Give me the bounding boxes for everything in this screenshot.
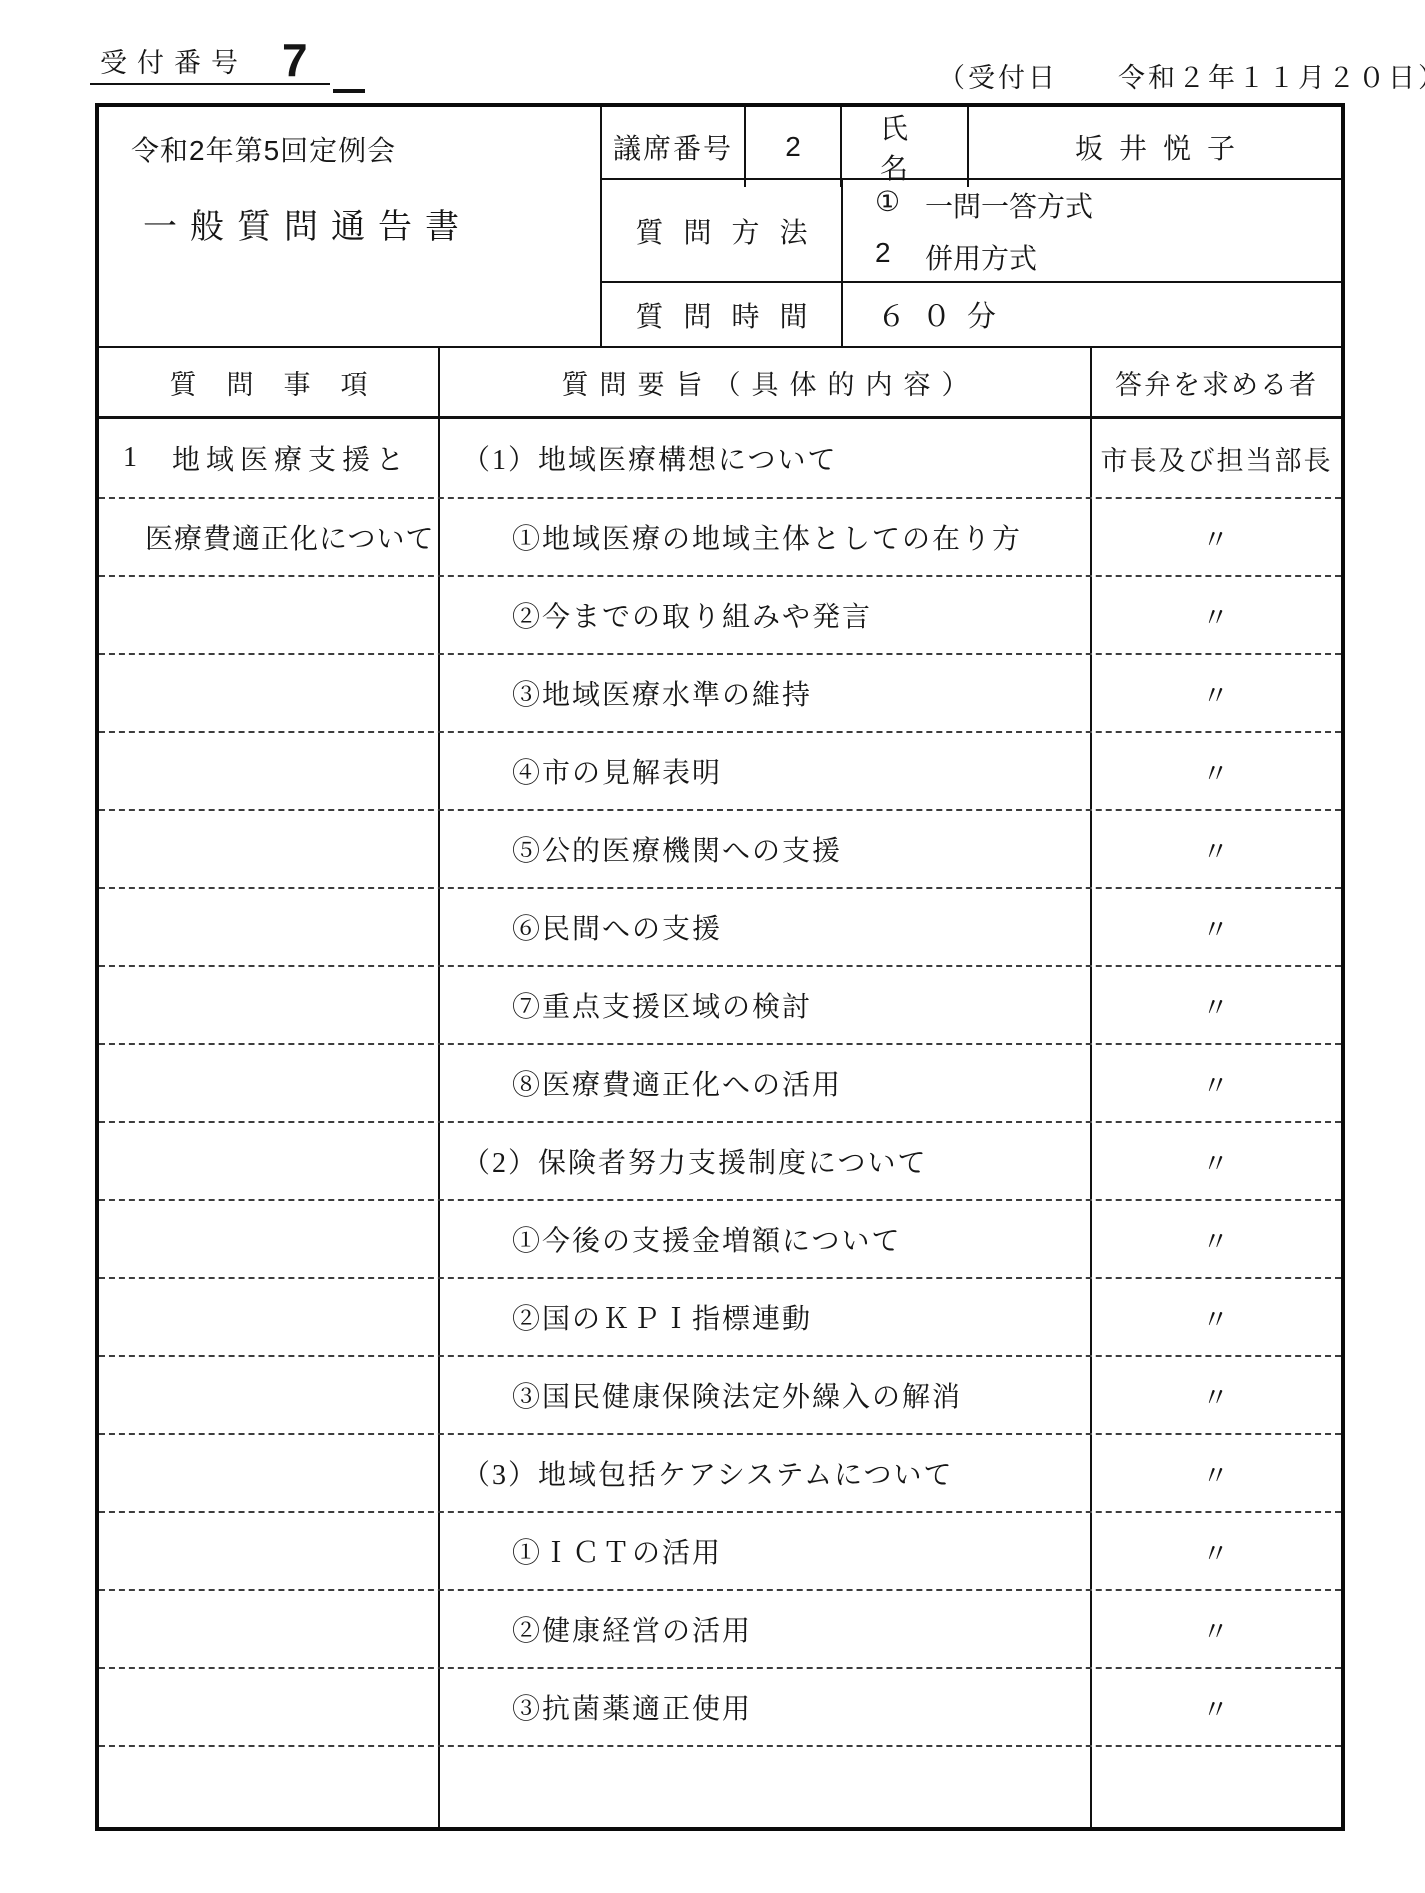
table-row: ③国民健康保険法定外繰入の解消〃: [99, 1355, 1341, 1433]
summary-cell: ③抗菌薬適正使用: [438, 1669, 1090, 1745]
item-cell: [99, 577, 438, 653]
seat-number-value: 2: [744, 107, 840, 187]
answerer-cell: 〃: [1090, 733, 1341, 809]
summary-cell: ①今後の支援金増額について: [438, 1201, 1090, 1277]
summary-cell: ③地域医療水準の維持: [438, 655, 1090, 731]
answerer-cell: 〃: [1090, 577, 1341, 653]
method-option-2: 2 併用方式: [875, 237, 1037, 277]
answerer-cell: 〃: [1090, 1591, 1341, 1667]
answerer-cell: 〃: [1090, 1435, 1341, 1511]
item-cell: [99, 1513, 438, 1589]
table-row: ⑧医療費適正化への活用〃: [99, 1043, 1341, 1121]
table-row: ②今までの取り組みや発言〃: [99, 575, 1341, 653]
item-cell: [99, 1747, 438, 1827]
receipt-number-label: 受付番号: [100, 47, 248, 79]
document-title: 一般質問通告書: [143, 199, 600, 248]
name-label: 氏名: [840, 107, 967, 187]
answerer-cell: 〃: [1090, 1279, 1341, 1355]
summary-cell: ④市の見解表明: [438, 733, 1090, 809]
item-cell: [99, 1435, 438, 1511]
table-row: 医療費適正化について①地域医療の地域主体としての在り方〃: [99, 497, 1341, 575]
table-row: [99, 1745, 1341, 1827]
item-cell: [99, 733, 438, 809]
item-cell: [99, 1045, 438, 1121]
summary-cell: （1）地域医療構想について: [438, 419, 1090, 497]
session-title: 令和2年第5回定例会: [131, 129, 600, 169]
summary-cell: [438, 1747, 1090, 1827]
table-row: ⑥民間への支援〃: [99, 887, 1341, 965]
answerer-cell: 〃: [1090, 889, 1341, 965]
notification-form-table: 令和2年第5回定例会 一般質問通告書 議席番号 2 氏名 坂井悦子 質問方法 ①…: [95, 103, 1345, 1831]
table-row: ④市の見解表明〃: [99, 731, 1341, 809]
table-row: ①ＩＣＴの活用〃: [99, 1511, 1341, 1589]
item-cell: [99, 1669, 438, 1745]
item-cell: [99, 1279, 438, 1355]
table-row: 1地域医療支援と（1）地域医療構想について市長及び担当部長: [99, 419, 1341, 497]
answerer-cell: 〃: [1090, 499, 1341, 575]
item-text: 医療費適正化について: [145, 517, 434, 557]
answerer-cell: 〃: [1090, 1669, 1341, 1745]
answerer-cell: [1090, 1747, 1341, 1827]
summary-cell: ③国民健康保険法定外繰入の解消: [438, 1357, 1090, 1433]
item-cell: [99, 1123, 438, 1199]
item-cell: [99, 811, 438, 887]
column-header-answerer: 答弁を求める者: [1090, 348, 1341, 416]
seat-number-label: 議席番号: [602, 107, 744, 187]
header-row-question-method: 質問方法 ① 一問一答方式 2 併用方式: [602, 180, 1341, 283]
receipt-number-value: 7: [282, 42, 308, 80]
item-text: 地域医療支援と: [172, 438, 410, 478]
table-row: （3）地域包括ケアシステムについて〃: [99, 1433, 1341, 1511]
method-option-2-label: 併用方式: [925, 237, 1037, 277]
item-cell: [99, 1201, 438, 1277]
table-row: ①今後の支援金増額について〃: [99, 1199, 1341, 1277]
summary-cell: ⑧医療費適正化への活用: [438, 1045, 1090, 1121]
summary-cell: ①地域医療の地域主体としての在り方: [438, 499, 1090, 575]
answerer-cell: 〃: [1090, 1123, 1341, 1199]
item-cell: [99, 1357, 438, 1433]
summary-cell: ②国のＫＰＩ指標連動: [438, 1279, 1090, 1355]
question-rows: 1地域医療支援と（1）地域医療構想について市長及び担当部長医療費適正化について①…: [99, 419, 1341, 1827]
question-method-label: 質問方法: [602, 180, 841, 281]
item-cell: [99, 1591, 438, 1667]
table-row: ③抗菌薬適正使用〃: [99, 1667, 1341, 1745]
column-header-summary: 質問要旨（具体的内容）: [438, 348, 1090, 416]
answerer-cell: 〃: [1090, 811, 1341, 887]
method-option-2-number: 2: [875, 237, 925, 277]
answerer-cell: 〃: [1090, 1513, 1341, 1589]
summary-cell: （2）保険者努力支援制度について: [438, 1123, 1090, 1199]
method-option-1-number: ①: [875, 185, 925, 225]
summary-cell: ②健康経営の活用: [438, 1591, 1090, 1667]
scanned-form-page: 受付番号 7 （受付日 令和２年１１月２０日） 令和2年第5回定例会 一般質問通…: [0, 0, 1425, 1893]
answerer-cell: 市長及び担当部長: [1090, 419, 1341, 497]
table-row: ②国のＫＰＩ指標連動〃: [99, 1277, 1341, 1355]
answerer-cell: 〃: [1090, 967, 1341, 1043]
summary-cell: ②今までの取り組みや発言: [438, 577, 1090, 653]
table-row: ②健康経営の活用〃: [99, 1589, 1341, 1667]
item-cell: [99, 889, 438, 965]
header-row-question-time: 質問時間 ６０分: [602, 283, 1341, 348]
summary-cell: ①ＩＣＴの活用: [438, 1513, 1090, 1589]
header-row-seat-name: 議席番号 2 氏名 坂井悦子: [602, 107, 1341, 180]
answerer-cell: 〃: [1090, 655, 1341, 731]
receipt-date: （受付日 令和２年１１月２０日）: [938, 56, 1425, 95]
item-cell: 1地域医療支援と: [99, 419, 438, 497]
name-value: 坂井悦子: [967, 107, 1341, 187]
answerer-cell: 〃: [1090, 1045, 1341, 1121]
item-cell: 医療費適正化について: [99, 499, 438, 575]
question-time-value: ６０分: [841, 283, 1341, 346]
item-cell: [99, 967, 438, 1043]
question-method-options: ① 一問一答方式 2 併用方式: [841, 180, 1341, 281]
item-cell: [99, 655, 438, 731]
receipt-underline-segment: [333, 89, 365, 93]
summary-cell: ⑥民間への支援: [438, 889, 1090, 965]
answerer-cell: 〃: [1090, 1357, 1341, 1433]
summary-cell: ⑤公的医療機関への支援: [438, 811, 1090, 887]
column-header-items: 質問事項: [99, 348, 438, 416]
receipt-number-block: 受付番号 7: [90, 42, 330, 85]
table-row: ③地域医療水準の維持〃: [99, 653, 1341, 731]
question-time-label: 質問時間: [602, 283, 841, 346]
method-option-1: ① 一問一答方式: [875, 185, 1093, 225]
table-row: （2）保険者努力支援制度について〃: [99, 1121, 1341, 1199]
table-row: ⑦重点支援区域の検討〃: [99, 965, 1341, 1043]
column-header-row: 質問事項 質問要旨（具体的内容） 答弁を求める者: [99, 348, 1341, 419]
answerer-cell: 〃: [1090, 1201, 1341, 1277]
table-row: ⑤公的医療機関への支援〃: [99, 809, 1341, 887]
method-option-1-label: 一問一答方式: [925, 185, 1093, 225]
session-title-cell: 令和2年第5回定例会 一般質問通告書: [99, 107, 602, 348]
item-number: 1: [123, 442, 172, 474]
summary-cell: （3）地域包括ケアシステムについて: [438, 1435, 1090, 1511]
summary-cell: ⑦重点支援区域の検討: [438, 967, 1090, 1043]
